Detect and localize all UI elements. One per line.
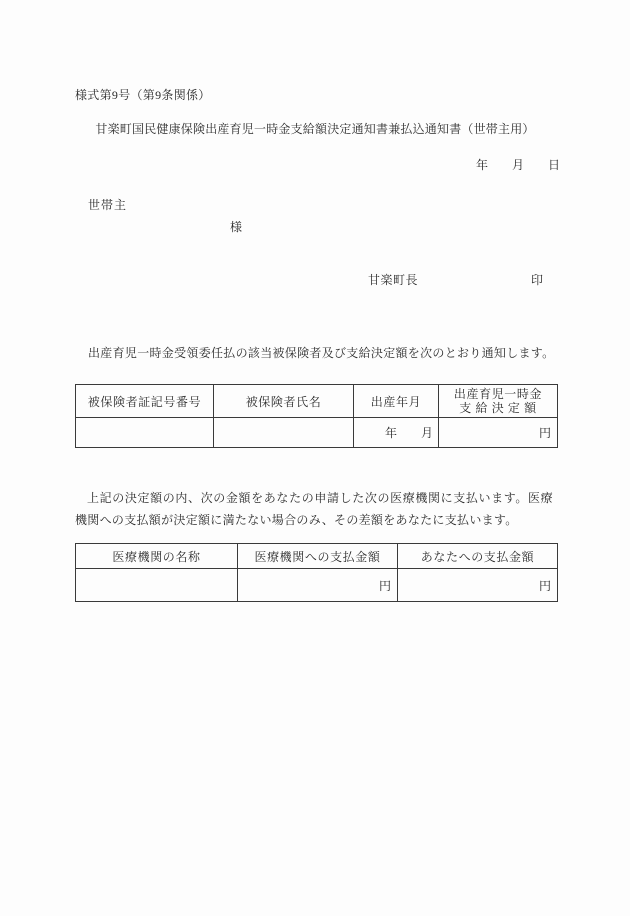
seal-label: 印: [531, 271, 543, 288]
header-lump-sum-line1: 出産育児一時金: [439, 387, 557, 401]
recipient-honorific: 様: [230, 218, 242, 235]
notice-paragraph: 出産育児一時金受領委任払の該当被保険者及び支給決定額を次のとおり通知します。: [75, 344, 565, 361]
payment-table: 医療機関の名称 医療機関への支払金額 あなたへの支払金額 円 円: [75, 543, 558, 602]
header-institution-amount: 医療機関への支払金額: [238, 544, 398, 569]
header-insured-name: 被保険者氏名: [214, 385, 354, 418]
header-lump-sum-amount: 出産育児一時金 支 給 決 定 額: [439, 385, 558, 418]
recipient-label: 世帯主: [88, 196, 127, 213]
cell-insured-name: [214, 418, 354, 448]
notification-form-page: 様式第9号（第9条関係） 甘楽町国民健康保険出産育児一時金支給額決定通知書兼払込…: [0, 0, 630, 916]
payment-table-header-row: 医療機関の名称 医療機関への支払金額 あなたへの支払金額: [76, 544, 558, 569]
cell-institution-amount: 円: [238, 569, 398, 602]
cell-birth-month: 年 月: [354, 418, 439, 448]
cell-decided-amount: 円: [439, 418, 558, 448]
header-your-amount: あなたへの支払金額: [398, 544, 558, 569]
issuer-name: 甘楽町長: [368, 271, 418, 288]
cell-institution-name: [76, 569, 238, 602]
header-lump-sum-line2: 支 給 決 定 額: [439, 401, 557, 415]
header-birth-month: 出産年月: [354, 385, 439, 418]
beneficiary-table: 被保険者証記号番号 被保険者氏名 出産年月 出産育児一時金 支 給 決 定 額 …: [75, 384, 558, 448]
form-number: 様式第9号（第9条関係）: [75, 86, 211, 103]
cell-your-amount: 円: [398, 569, 558, 602]
issue-date-placeholder: 年 月 日: [476, 156, 560, 173]
cell-symbol-number: [76, 418, 214, 448]
payment-paragraph: 上記の決定額の内、次の金額をあなたの申請した次の医療機関に支払います。医療機関へ…: [75, 487, 553, 531]
beneficiary-table-data-row: 年 月 円: [76, 418, 558, 448]
beneficiary-table-header-row: 被保険者証記号番号 被保険者氏名 出産年月 出産育児一時金 支 給 決 定 額: [76, 385, 558, 418]
header-institution-name: 医療機関の名称: [76, 544, 238, 569]
document-title: 甘楽町国民健康保険出産育児一時金支給額決定通知書兼払込通知書（世帯主用）: [0, 120, 630, 137]
payment-table-data-row: 円 円: [76, 569, 558, 602]
header-symbol-number: 被保険者証記号番号: [76, 385, 214, 418]
